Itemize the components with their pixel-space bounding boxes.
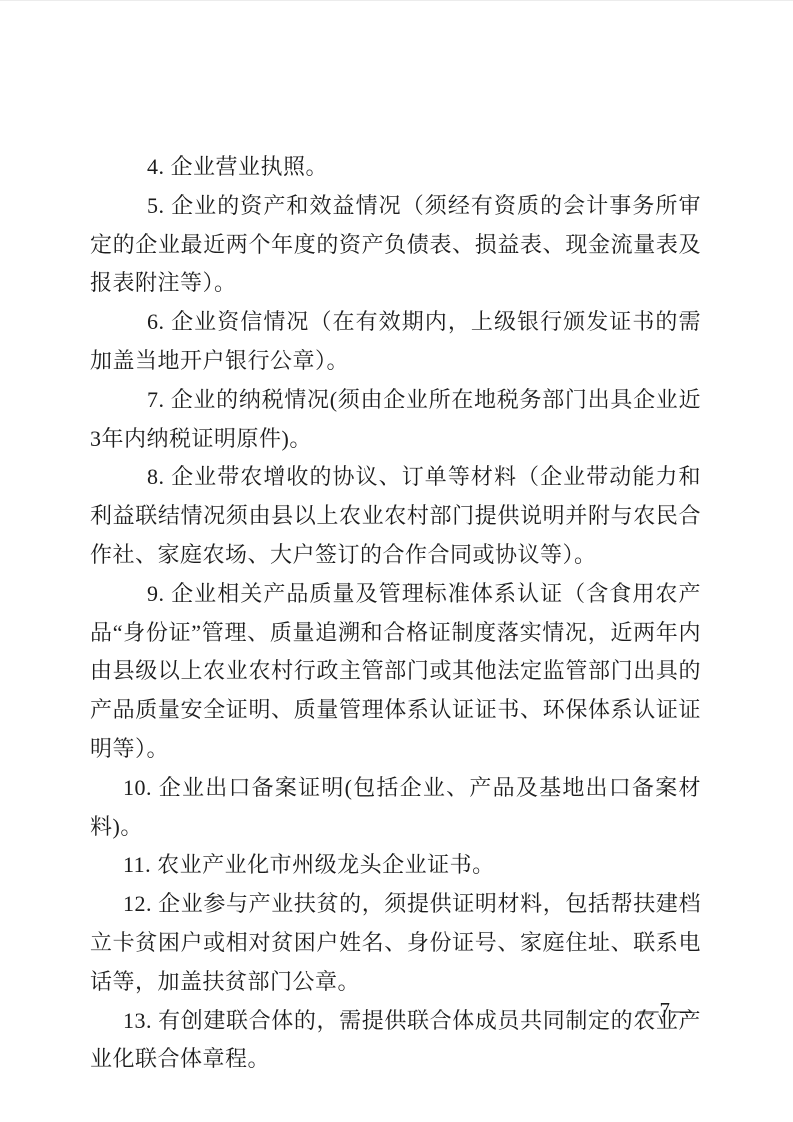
list-item-6: 6. 企业资信情况（在有效期内，上级银行颁发证书的需加盖当地开户银行公章）。 [90,303,701,381]
page-number: —7— [638,998,694,1022]
list-item-7: 7. 企业的纳税情况(须由企业所在地税务部门出具企业近3年内纳税证明原件)。 [90,381,701,459]
list-item-13: 13. 有创建联合体的，需提供联合体成员共同制定的农业产业化联合体章程。 [90,1002,701,1080]
document-page: 4. 企业营业执照。 5. 企业的资产和效益情况（须经有资质的会计事务所审定的企… [0,0,793,1122]
list-item-8: 8. 企业带农增收的协议、订单等材料（企业带动能力和利益联结情况须由县以上农业农… [90,458,701,574]
list-item-4: 4. 企业营业执照。 [90,148,701,187]
list-item-11: 11. 农业产业化市州级龙头企业证书。 [90,846,701,885]
list-item-10: 10. 企业出口备案证明(包括企业、产品及基地出口备案材料)。 [90,769,701,847]
list-item-5: 5. 企业的资产和效益情况（须经有资质的会计事务所审定的企业最近两个年度的资产负… [90,187,701,303]
list-item-12: 12. 企业参与产业扶贫的，须提供证明材料，包括帮扶建档立卡贫困户或相对贫困户姓… [90,885,701,1001]
document-body: 4. 企业营业执照。 5. 企业的资产和效益情况（须经有资质的会计事务所审定的企… [90,148,701,1079]
list-item-9: 9. 企业相关产品质量及管理标准体系认证（含食用农产品“身份证”管理、质量追溯和… [90,575,701,769]
